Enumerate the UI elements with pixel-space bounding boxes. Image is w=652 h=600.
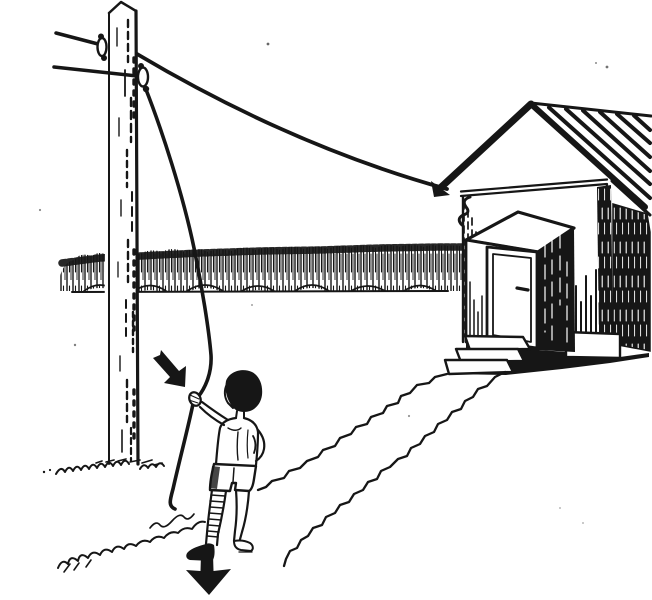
utility-pole xyxy=(104,1,139,466)
electrical-hazard-illustration xyxy=(0,0,652,600)
door xyxy=(493,254,531,342)
ground-arrow xyxy=(186,554,231,595)
entry-porch xyxy=(466,212,575,352)
footpath xyxy=(258,372,505,566)
child xyxy=(186,370,264,561)
door-handle xyxy=(517,288,528,290)
diagonal-grass xyxy=(58,514,205,572)
wire-arrow xyxy=(153,350,186,387)
footpath-lower-edge xyxy=(284,372,505,566)
base-grass xyxy=(43,459,164,474)
child-neck xyxy=(236,411,244,418)
service-wire xyxy=(137,54,447,189)
footpath-upper-edge xyxy=(258,374,447,490)
side-wall-dark xyxy=(613,204,650,351)
house xyxy=(431,99,651,377)
child-shorts-crease xyxy=(233,468,234,482)
upper-left-wire xyxy=(56,33,98,44)
child-back-leg xyxy=(234,490,253,552)
insulator-left xyxy=(98,34,108,62)
illustration-page xyxy=(0,0,652,600)
child-front-leg-shaded xyxy=(206,490,226,545)
